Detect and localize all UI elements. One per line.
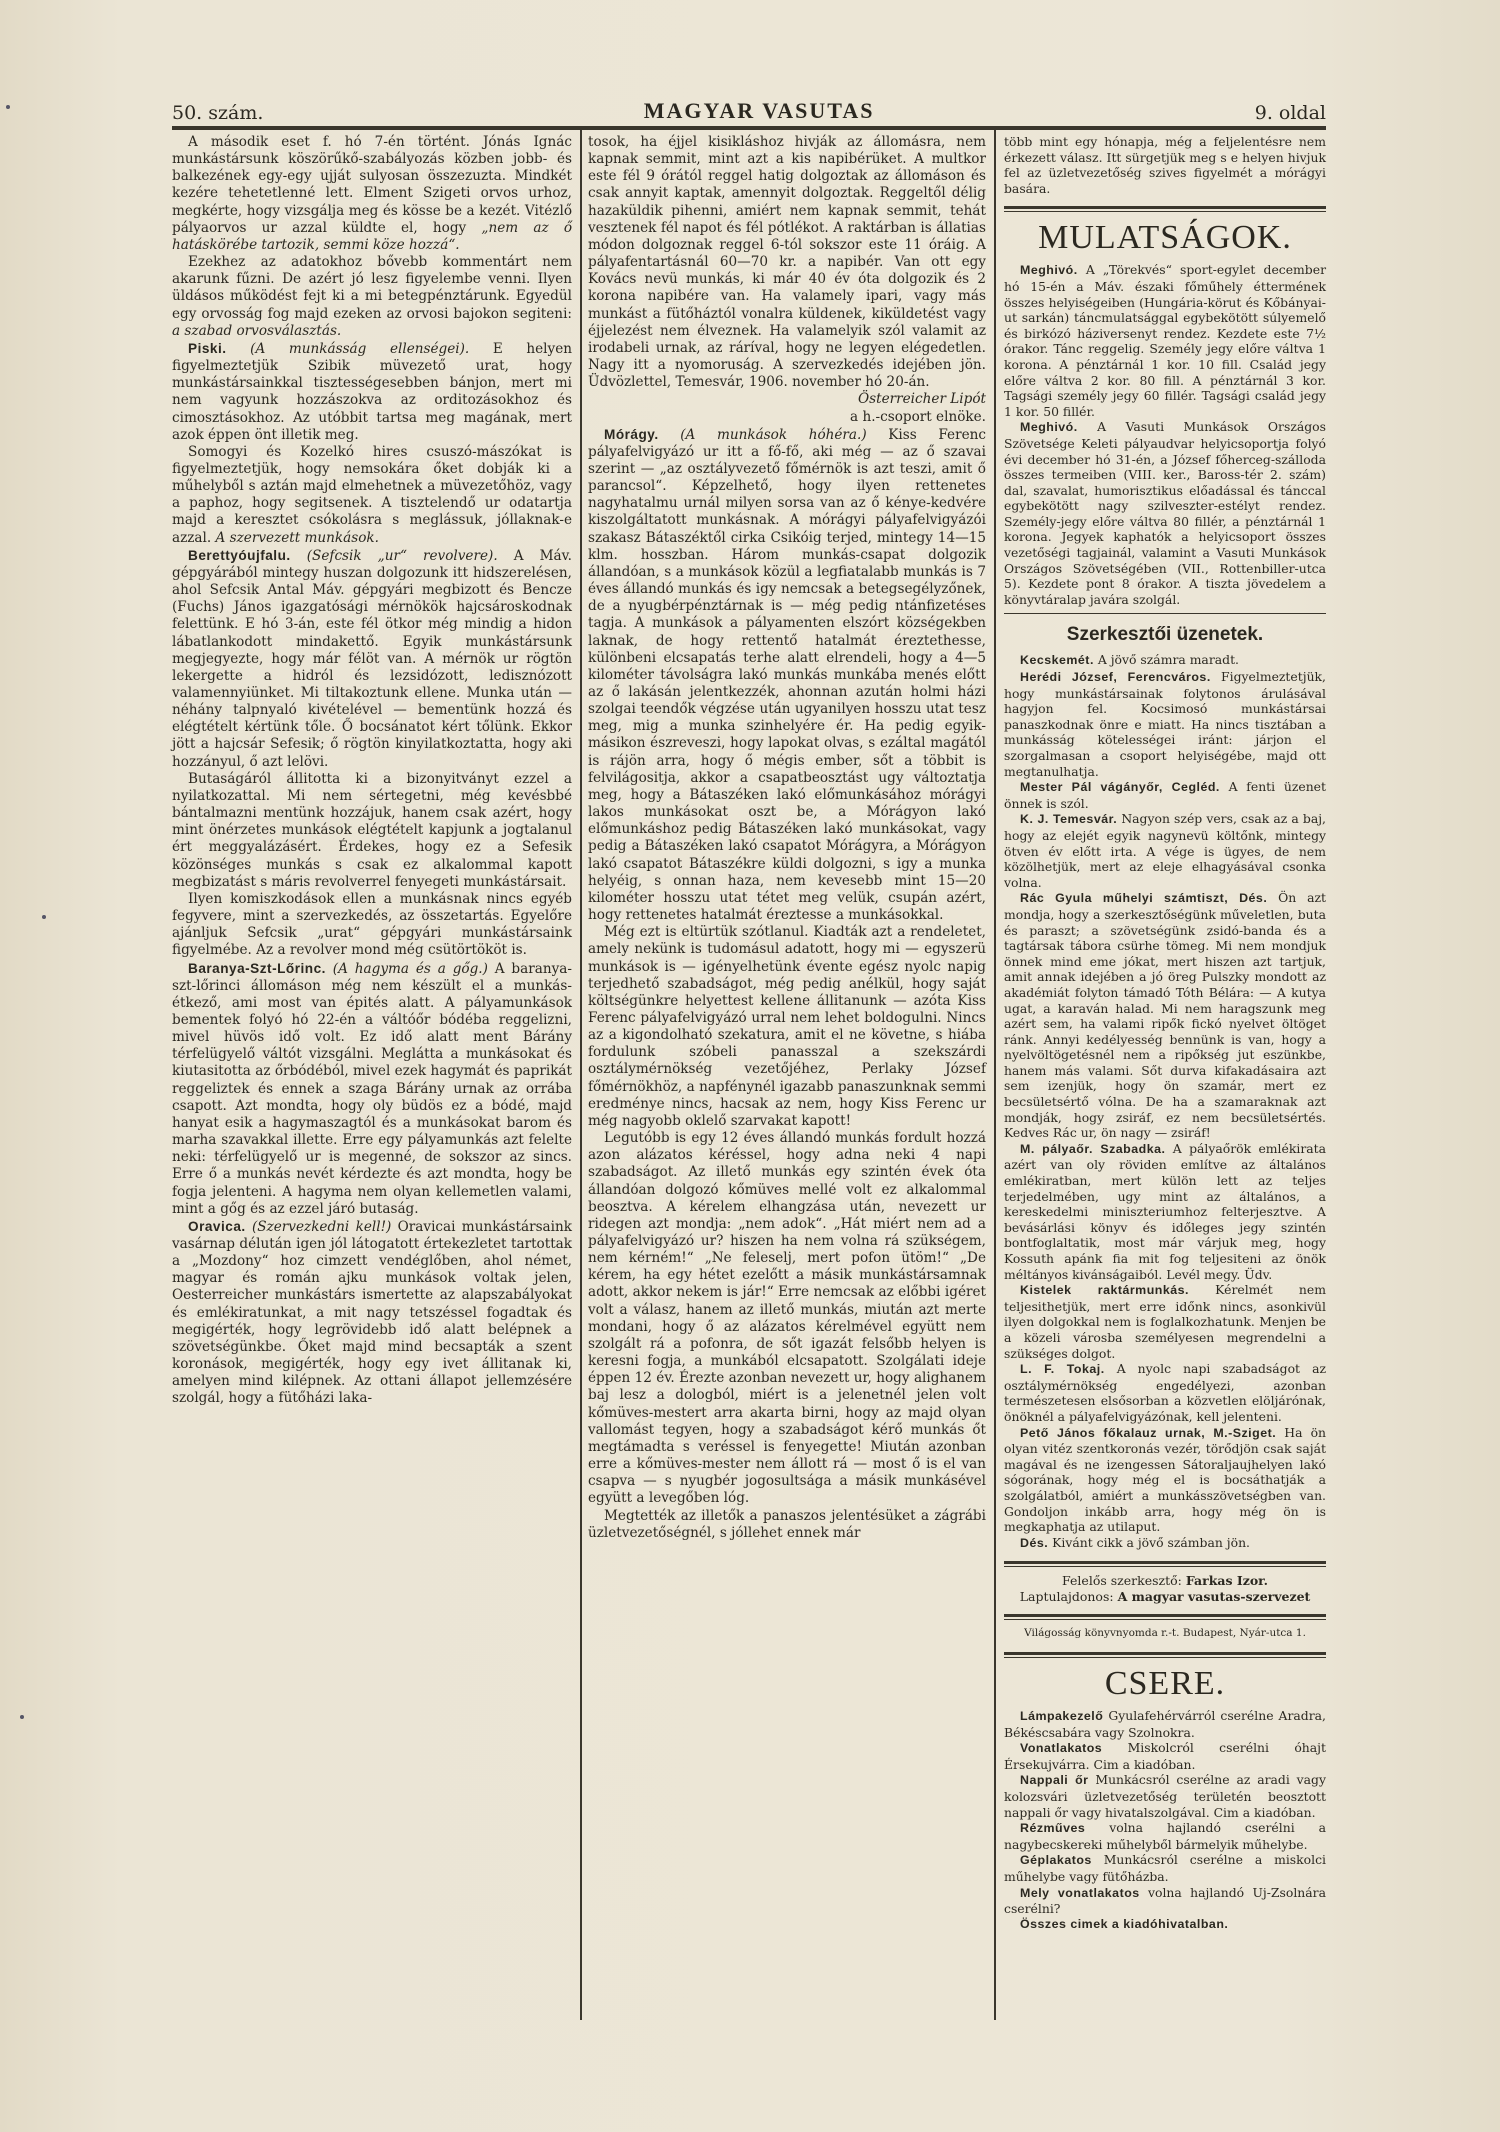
signature-title: a h.-csoport elnöke. <box>588 409 986 426</box>
publisher: Laptulajdonos: A magyar vasutas-szerveze… <box>1004 1589 1326 1605</box>
editor-message: Herédi József, Ferencváros. Figyelmeztet… <box>1004 669 1326 779</box>
header-rule <box>172 126 1326 130</box>
editor-message: Mester Pál vágányőr, Cegléd. A fenti üze… <box>1004 779 1326 811</box>
article-baranya: Baranya-Szt-Lőrinc. (A hagyma és a gőg.)… <box>172 960 572 1218</box>
exchange-ad: Nappali őr Munkácsról cserélne az aradi … <box>1004 1772 1326 1820</box>
article-paragraph: Megtették az illetők a panaszos jelentés… <box>588 1508 986 1542</box>
column-3: több mint egy hónapja, még a feljelentés… <box>1004 134 1326 1932</box>
editor-message: M. pályaőr. Szabadka. A pályaőrök emléki… <box>1004 1141 1326 1282</box>
column-divider-1 <box>580 130 582 2020</box>
binding-hole <box>20 1715 24 1719</box>
editor-message: K. J. Temesvár. Nagyon szép vers, csak a… <box>1004 811 1326 890</box>
article-oravica: Oravica. (Szervezkedni kell!) Oravicai m… <box>172 1218 572 1408</box>
dateline: Piski. <box>188 341 227 356</box>
newspaper-page: 50. szám. MAGYAR VASUTAS 9. oldal A máso… <box>0 0 1500 2132</box>
responsible-editor: Felelős szerkesztő: Farkas Izor. <box>1004 1573 1326 1589</box>
section-title-szerkesztoi-uzenetek: Szerkesztői üzenetek. <box>1004 622 1326 648</box>
section-rule <box>1004 1561 1326 1567</box>
editor-message: Kecskemét. A jövő számra maradt. <box>1004 652 1326 669</box>
dateline: Mórágy. <box>604 427 659 442</box>
announcement: Meghivó. A „Törekvés“ sport-egylet decem… <box>1004 262 1326 419</box>
section-rule <box>1004 1614 1326 1620</box>
exchange-ad: Rézműves volna hajlandó cserélni a nagyb… <box>1004 1820 1326 1852</box>
article-moragy: Mórágy. (A munkások hóhéra.) Kiss Ferenc… <box>588 426 986 925</box>
section-rule <box>1004 206 1326 212</box>
article-paragraph: több mint egy hónapja, még a feljelentés… <box>1004 134 1326 196</box>
dateline: Baranya-Szt-Lőrinc. <box>188 961 326 976</box>
column-2: tosok, ha éjjel kisikláshoz hivják az ál… <box>588 134 986 1542</box>
section-title-mulatsagok: MULATSÁGOK. <box>1004 218 1326 258</box>
article-berettyoujfalu: Berettyóujfalu. (Sefcsik „ur“ revolvere)… <box>172 547 572 771</box>
dateline: Berettyóujfalu. <box>188 548 291 563</box>
issue-number: 50. szám. <box>172 102 263 124</box>
editor-message: Rác Gyula műhelyi számtiszt, Dés. Ön azt… <box>1004 890 1326 1141</box>
printer-imprint: Világosság könyvnyomda r.-t. Budapest, N… <box>1004 1626 1326 1642</box>
editor-message: Kistelek raktármunkás. Kérelmét nem telj… <box>1004 1282 1326 1361</box>
binding-hole <box>42 915 46 919</box>
exchange-ad: Géplakatos Munkácsról cserélne a miskolc… <box>1004 1852 1326 1884</box>
article-paragraph: Még ezt is eltürtük szótlanul. Kiadták a… <box>588 924 986 1130</box>
editor-message: L. F. Tokaj. A nyolc napi szabadságot az… <box>1004 1361 1326 1424</box>
exchange-ad: Mely vonatlakatos volna hajlandó Uj-Zsol… <box>1004 1885 1326 1917</box>
exchange-footer: Összes cimek a kiadóhivatalban. <box>1004 1917 1326 1933</box>
masthead: MAGYAR VASUTAS <box>644 98 875 124</box>
dateline: Oravica. <box>188 1219 246 1234</box>
exchange-ad: Vonatlakatos Miskolcról cserélni óhajt É… <box>1004 1740 1326 1772</box>
binding-hole <box>6 105 10 109</box>
section-rule <box>1004 613 1326 614</box>
article-paragraph: Ilyen komiszkodások ellen a munkásnak ni… <box>172 891 572 960</box>
section-title-csere: CSERE. <box>1004 1664 1326 1704</box>
signature: A szervezett munkások. <box>216 530 379 546</box>
article-piski: Piski. (A munkásság ellenségei). E helye… <box>172 340 572 444</box>
section-rule <box>1004 1652 1326 1658</box>
article-paragraph: Butaságáról állitotta ki a bizonyitványt… <box>172 771 572 891</box>
column-divider-2 <box>994 130 996 2020</box>
article-paragraph: Somogyi és Kozelkó hires csuszó-mászókat… <box>172 444 572 547</box>
signature-name: Österreicher Lipót <box>588 391 986 408</box>
article-paragraph: Legutóbb is egy 12 éves állandó munkás f… <box>588 1130 986 1507</box>
editor-message: Pető János főkalauz urnak, M.-Sziget. Ha… <box>1004 1425 1326 1535</box>
article-paragraph: A második eset f. hó 7-én történt. Jónás… <box>172 134 572 254</box>
page-header: 50. szám. MAGYAR VASUTAS 9. oldal <box>172 96 1326 124</box>
article-paragraph: Ezekhez az adatokhoz bővebb kommentárt n… <box>172 254 572 340</box>
editor-message: Dés. Kivánt cikk a jövő számban jön. <box>1004 1535 1326 1552</box>
article-paragraph: tosok, ha éjjel kisikláshoz hivják az ál… <box>588 134 986 391</box>
announcement: Meghivó. A Vasuti Munkások Országos Szöv… <box>1004 419 1326 607</box>
column-1: A második eset f. hó 7-én történt. Jónás… <box>172 134 572 1408</box>
exchange-ad: Lámpakezelő Gyulafehérvárról cserélne Ar… <box>1004 1708 1326 1740</box>
page-number: 9. oldal <box>1255 102 1326 124</box>
